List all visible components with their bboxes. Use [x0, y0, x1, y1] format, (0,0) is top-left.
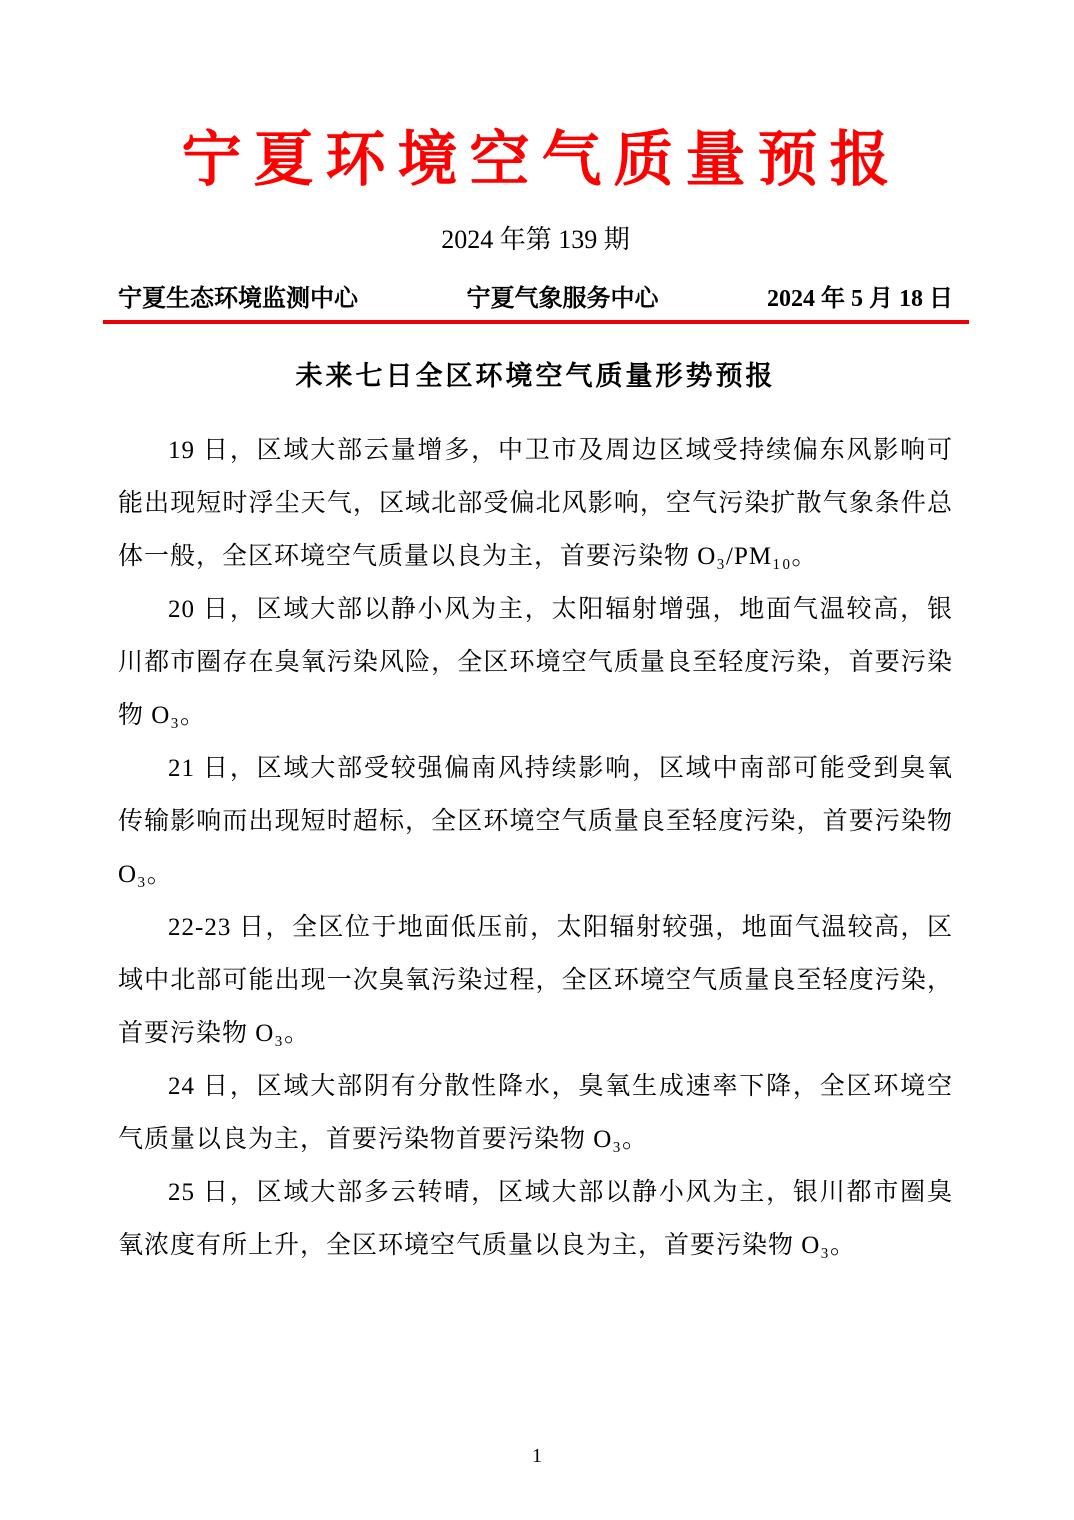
- issuer-monitoring-center: 宁夏生态环境监测中心: [118, 284, 358, 314]
- forecast-paragraph-day25: 25 日，区域大部多云转晴，区域大部以静小风为主，银川都市圈臭氧浓度有所上升，全…: [118, 1166, 953, 1272]
- forecast-body: 19 日，区域大部云量增多，中卫市及周边区域受持续偏东风影响可能出现短时浮尘天气…: [118, 424, 953, 1272]
- issue-date: 2024 年 5 月 18 日: [767, 284, 953, 314]
- forecast-paragraph-day21: 21 日，区域大部受较强偏南风持续影响，区域中南部可能受到臭氧传输影响而出现短时…: [118, 742, 953, 901]
- issuer-meteorological-center: 宁夏气象服务中心: [467, 284, 659, 314]
- section-title: 未来七日全区环境空气质量形势预报: [118, 358, 953, 394]
- document-title: 宁夏环境空气质量预报: [118, 0, 965, 198]
- forecast-paragraph-day24: 24 日，区域大部阴有分散性降水，臭氧生成速率下降，全区环境空气质量以良为主，首…: [118, 1060, 953, 1166]
- page-number: 1: [0, 1445, 1074, 1468]
- red-divider: [103, 320, 969, 324]
- document-page: 宁夏环境空气质量预报 2024 年第 139 期 宁夏生态环境监测中心 宁夏气象…: [0, 0, 1074, 1520]
- forecast-paragraph-day22-23: 22-23 日，全区位于地面低压前，太阳辐射较强，地面气温较高，区域中北部可能出…: [118, 901, 953, 1060]
- forecast-paragraph-day20: 20 日，区域大部以静小风为主，太阳辐射增强，地面气温较高，银川都市圈存在臭氧污…: [118, 583, 953, 742]
- forecast-paragraph-day19: 19 日，区域大部云量增多，中卫市及周边区域受持续偏东风影响可能出现短时浮尘天气…: [118, 424, 953, 583]
- issuer-row: 宁夏生态环境监测中心 宁夏气象服务中心 2024 年 5 月 18 日: [118, 284, 953, 314]
- issue-number: 2024 年第 139 期: [118, 224, 953, 256]
